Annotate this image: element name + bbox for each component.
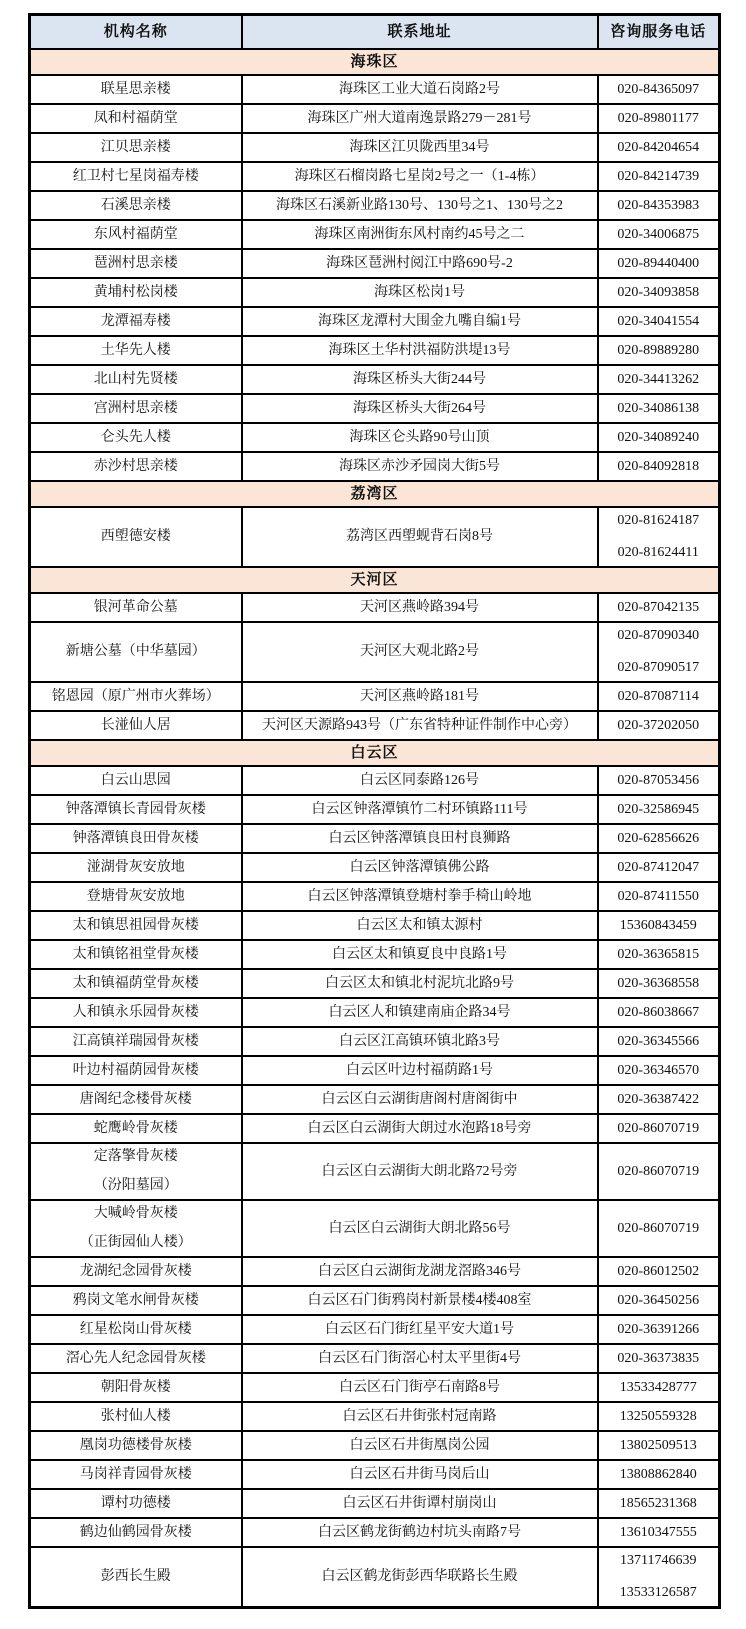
institution-name: 江贝思亲楼: [35, 138, 237, 158]
table-row: 朝阳骨灰楼白云区石门街亭石南路8号13533428777: [30, 1373, 720, 1402]
institution-name-cell: 唐阁纪念楼骨灰楼: [30, 1085, 242, 1114]
table-row: 谭村功德楼白云区石井街谭村崩岗山18565231368: [30, 1489, 720, 1518]
institution-name-cell: 鸦岗文笔水闸骨灰楼: [30, 1286, 242, 1315]
institution-name: 湴湖骨灰安放地: [35, 858, 237, 878]
table-row: 湴湖骨灰安放地白云区钟落潭镇佛公路020-87412047: [30, 853, 720, 882]
institution-address: 白云区叶边村福荫路1号: [242, 1056, 598, 1085]
institution-name-cell: 滘心先人纪念园骨灰楼: [30, 1344, 242, 1373]
institution-phone-cell: 020-34413262: [598, 365, 720, 394]
institution-address: 白云区钟落潭镇佛公路: [242, 853, 598, 882]
institution-phone-cell: 020-34041554: [598, 307, 720, 336]
institution-phone-cell: 020-36373835: [598, 1344, 720, 1373]
institution-address: 天河区大观北路2号: [242, 622, 598, 682]
institution-address: 白云区钟落潭镇良田村良狮路: [242, 824, 598, 853]
institution-name: 凤和村福荫堂: [35, 109, 237, 129]
table-row: 北山村先贤楼海珠区桥头大街244号020-34413262: [30, 365, 720, 394]
table-row: 江高镇祥瑞园骨灰楼白云区江高镇环镇北路3号020-36345566: [30, 1027, 720, 1056]
institution-name: 长湴仙人居: [35, 716, 237, 736]
institution-name: 东风村福荫堂: [35, 225, 237, 245]
institution-phone-cell: 020-34089240: [598, 423, 720, 452]
table-row: 铭恩园（原广州市火葬场）天河区燕岭路181号020-87087114: [30, 682, 720, 711]
institution-name-cell: 太和镇福荫堂骨灰楼: [30, 969, 242, 998]
institution-phone-cell: 020-86070719: [598, 1200, 720, 1257]
institution-address: 海珠区桥头大街264号: [242, 394, 598, 423]
institution-name: 钟落潭镇良田骨灰楼: [35, 829, 237, 849]
section-row: 荔湾区: [30, 481, 720, 507]
table-row: 太和镇福荫堂骨灰楼白云区太和镇北村泥坑北路9号020-36368558: [30, 969, 720, 998]
table-row: 东风村福荫堂海珠区南洲街东风村南约45号之二020-34006875: [30, 220, 720, 249]
institution-phone-cell: 020-84204654: [598, 133, 720, 162]
institution-name-cell: 江贝思亲楼: [30, 133, 242, 162]
institution-name: 太和镇铭祖堂骨灰楼: [35, 945, 237, 965]
institution-address: 天河区天源路943号（广东省特种证件制作中心旁）: [242, 711, 598, 740]
institution-name: 张村仙人楼: [35, 1407, 237, 1427]
institution-phone-cell: 020-86038667: [598, 998, 720, 1027]
institution-name-cell: 龙湖纪念园骨灰楼: [30, 1257, 242, 1286]
institution-phone-cell: 13250559328: [598, 1402, 720, 1431]
institution-name-cell: 土华先人楼: [30, 336, 242, 365]
institution-name: （正街园仙人楼）: [35, 1233, 237, 1253]
institution-phone-cell: 020-86070719: [598, 1143, 720, 1200]
institution-phone-cell: 020-87411550: [598, 882, 720, 911]
institution-name: 彭西长生殿: [35, 1567, 237, 1587]
page: 机构名称 联系地址 咨询服务电话 海珠区联星思亲楼海珠区工业大道石岗路2号020…: [0, 0, 746, 1629]
institution-address: 海珠区工业大道石岗路2号: [242, 75, 598, 104]
institution-name: 黄埔村松岗楼: [35, 283, 237, 303]
institution-name-cell: 大喊岭骨灰楼（正街园仙人楼）: [30, 1200, 242, 1257]
phone-number: 13808862840: [603, 1465, 715, 1485]
institution-address: 海珠区江贝陇西里34号: [242, 133, 598, 162]
column-header-institution-name: 机构名称: [30, 15, 242, 50]
institution-name: 太和镇福荫堂骨灰楼: [35, 974, 237, 994]
table-row: 太和镇铭祖堂骨灰楼白云区太和镇夏良中良路1号020-36365815: [30, 940, 720, 969]
institution-phone-cell: 020-87042135: [598, 593, 720, 622]
table-row: 赤沙村思亲楼海珠区赤沙矛园岗大街5号020-84092818: [30, 452, 720, 481]
institution-address: 白云区白云湖街大朗北路72号旁: [242, 1143, 598, 1200]
phone-number: 020-36373835: [603, 1349, 715, 1369]
institution-name: 朝阳骨灰楼: [35, 1378, 237, 1398]
phone-number: 020-89889280: [603, 341, 715, 361]
institution-name-cell: 宫洲村思亲楼: [30, 394, 242, 423]
institution-name-cell: 琶洲村思亲楼: [30, 249, 242, 278]
institution-name: 琶洲村思亲楼: [35, 254, 237, 274]
institution-address: 海珠区龙潭村大围金九嘴自编1号: [242, 307, 598, 336]
table-row: 登塘骨灰安放地白云区钟落潭镇登塘村拳手椅山岭地020-87411550: [30, 882, 720, 911]
institution-phone-cell: 020-81624187020-81624411: [598, 507, 720, 567]
institution-address: 白云区石井街凰岗公园: [242, 1431, 598, 1460]
institution-name-cell: 谭村功德楼: [30, 1489, 242, 1518]
institution-name-cell: 石溪思亲楼: [30, 191, 242, 220]
header-row: 机构名称 联系地址 咨询服务电话: [30, 15, 720, 50]
institution-address: 海珠区仑头路90号山顶: [242, 423, 598, 452]
phone-number: 020-36387422: [603, 1090, 715, 1110]
institution-phone-cell: 020-36387422: [598, 1085, 720, 1114]
institution-name-cell: 铭恩园（原广州市火葬场）: [30, 682, 242, 711]
phone-number: 020-34041554: [603, 312, 715, 332]
phone-number: 13711746639: [603, 1551, 715, 1571]
institution-name: 鹤边仙鹤园骨灰楼: [35, 1523, 237, 1543]
institution-address: 海珠区桥头大街244号: [242, 365, 598, 394]
institution-name-cell: 彭西长生殿: [30, 1547, 242, 1608]
institution-address: 白云区白云湖街唐阁村唐阁街中: [242, 1085, 598, 1114]
table-row: 太和镇思祖园骨灰楼白云区太和镇太源村15360843459: [30, 911, 720, 940]
table-row: 钟落潭镇长青园骨灰楼白云区钟落潭镇竹二村环镇路111号020-32586945: [30, 795, 720, 824]
institution-address: 白云区钟落潭镇竹二村环镇路111号: [242, 795, 598, 824]
table-row: 马岗祥青园骨灰楼白云区石井街马岗后山13808862840: [30, 1460, 720, 1489]
institution-phone-cell: 020-89440400: [598, 249, 720, 278]
section-row: 天河区: [30, 567, 720, 593]
institution-name-cell: 马岗祥青园骨灰楼: [30, 1460, 242, 1489]
institution-name: （汾阳墓园）: [35, 1176, 237, 1196]
institution-address: 海珠区石榴岗路七星岗2号之一（1-4栋）: [242, 162, 598, 191]
table-row: 白云山思园白云区同泰路126号020-87053456: [30, 766, 720, 795]
institution-name: 定落擎骨灰楼: [35, 1147, 237, 1167]
institution-name-cell: 湴湖骨灰安放地: [30, 853, 242, 882]
institution-phone-cell: 18565231368: [598, 1489, 720, 1518]
institution-phone-cell: 020-36345566: [598, 1027, 720, 1056]
institution-phone-cell: 020-36346570: [598, 1056, 720, 1085]
institution-address: 白云区鹤龙街鹤边村坑头南路7号: [242, 1518, 598, 1547]
table-row: 鸦岗文笔水闸骨灰楼白云区石门街鸦岗村新景楼4楼408室020-36450256: [30, 1286, 720, 1315]
phone-number: 13610347555: [603, 1523, 715, 1543]
institution-address: 白云区太和镇北村泥坑北路9号: [242, 969, 598, 998]
institution-name-cell: 凰岗功德楼骨灰楼: [30, 1431, 242, 1460]
table-row: 定落擎骨灰楼（汾阳墓园）白云区白云湖街大朗北路72号旁020-86070719: [30, 1143, 720, 1200]
phone-number: 020-87090517: [603, 658, 715, 678]
institution-name: 赤沙村思亲楼: [35, 457, 237, 477]
institution-address: 白云区鹤龙街彭西华联路长生殿: [242, 1547, 598, 1608]
institution-name-cell: 北山村先贤楼: [30, 365, 242, 394]
institution-address: 天河区燕岭路181号: [242, 682, 598, 711]
table-row: 凰岗功德楼骨灰楼白云区石井街凰岗公园13802509513: [30, 1431, 720, 1460]
institution-address: 海珠区广州大道南逸景路279－281号: [242, 104, 598, 133]
institution-name: 谭村功德楼: [35, 1494, 237, 1514]
institution-phone-cell: 020-84353983: [598, 191, 720, 220]
institution-name-cell: 长湴仙人居: [30, 711, 242, 740]
phone-number: 020-84204654: [603, 138, 715, 158]
institution-phone-cell: 020-36365815: [598, 940, 720, 969]
institution-name-cell: 西塱德安楼: [30, 507, 242, 567]
institution-address: 白云区白云湖街大朗过水泡路18号旁: [242, 1114, 598, 1143]
phone-number: 13533428777: [603, 1378, 715, 1398]
phone-number: 020-87053456: [603, 771, 715, 791]
institution-phone-cell: 13802509513: [598, 1431, 720, 1460]
phone-number: 020-86070719: [603, 1162, 715, 1182]
institution-name-cell: 红卫村七星岗福寿楼: [30, 162, 242, 191]
institution-phone-cell: 020-84365097: [598, 75, 720, 104]
institution-name: 人和镇永乐园骨灰楼: [35, 1003, 237, 1023]
institution-name-cell: 白云山思园: [30, 766, 242, 795]
institution-address: 白云区石井街马岗后山: [242, 1460, 598, 1489]
table-row: 鹤边仙鹤园骨灰楼白云区鹤龙街鹤边村坑头南路7号13610347555: [30, 1518, 720, 1547]
institution-name: 土华先人楼: [35, 341, 237, 361]
table-row: 人和镇永乐园骨灰楼白云区人和镇建南庙企路34号020-86038667: [30, 998, 720, 1027]
institution-phone-cell: 020-34006875: [598, 220, 720, 249]
institution-name: 北山村先贤楼: [35, 370, 237, 390]
phone-number: 020-89801177: [603, 109, 715, 129]
section-title: 海珠区: [30, 49, 720, 75]
phone-number: 020-34093858: [603, 283, 715, 303]
institution-name-cell: 人和镇永乐园骨灰楼: [30, 998, 242, 1027]
phone-number: 13533126587: [603, 1583, 715, 1603]
table-row: 大喊岭骨灰楼（正街园仙人楼）白云区白云湖街大朗北路56号020-86070719: [30, 1200, 720, 1257]
phone-number: 020-87090340: [603, 626, 715, 646]
institution-address: 白云区石门街滘心村太平里街4号: [242, 1344, 598, 1373]
institution-address: 白云区江高镇环镇北路3号: [242, 1027, 598, 1056]
institution-phone-cell: 020-87412047: [598, 853, 720, 882]
institution-name-cell: 登塘骨灰安放地: [30, 882, 242, 911]
phone-number: 020-87411550: [603, 887, 715, 907]
table-row: 红星松岗山骨灰楼白云区石门街红星平安大道1号020-36391266: [30, 1315, 720, 1344]
institution-phone-cell: 020-86012502: [598, 1257, 720, 1286]
table-row: 长湴仙人居天河区天源路943号（广东省特种证件制作中心旁）020-3720205…: [30, 711, 720, 740]
institution-name-cell: 蛇鹰岭骨灰楼: [30, 1114, 242, 1143]
institution-name-cell: 钟落潭镇长青园骨灰楼: [30, 795, 242, 824]
phone-number: 020-37202050: [603, 716, 715, 736]
institution-phone-cell: 020-36391266: [598, 1315, 720, 1344]
institution-name: 红星松岗山骨灰楼: [35, 1320, 237, 1340]
table-row: 仑头先人楼海珠区仑头路90号山顶020-34089240: [30, 423, 720, 452]
table-row: 联星思亲楼海珠区工业大道石岗路2号020-84365097: [30, 75, 720, 104]
table-row: 宫洲村思亲楼海珠区桥头大街264号020-34086138: [30, 394, 720, 423]
institution-phone-cell: 020-87090340020-87090517: [598, 622, 720, 682]
phone-number: 020-81624411: [603, 543, 715, 563]
phone-number: 18565231368: [603, 1494, 715, 1514]
institution-name: 银河革命公墓: [35, 598, 237, 618]
phone-number: 020-36391266: [603, 1320, 715, 1340]
institution-address: 白云区石门街亭石南路8号: [242, 1373, 598, 1402]
phone-number: 020-34089240: [603, 428, 715, 448]
phone-number: 020-86070719: [603, 1119, 715, 1139]
institution-name-cell: 江高镇祥瑞园骨灰楼: [30, 1027, 242, 1056]
phone-number: 020-86038667: [603, 1003, 715, 1023]
institution-address: 白云区人和镇建南庙企路34号: [242, 998, 598, 1027]
phone-number: 020-34006875: [603, 225, 715, 245]
institution-name: 唐阁纪念楼骨灰楼: [35, 1090, 237, 1110]
table-row: 张村仙人楼白云区石井街张村冠南路13250559328: [30, 1402, 720, 1431]
phone-number: 020-34086138: [603, 399, 715, 419]
institution-name-cell: 赤沙村思亲楼: [30, 452, 242, 481]
institution-name: 大喊岭骨灰楼: [35, 1204, 237, 1224]
institution-name: 登塘骨灰安放地: [35, 887, 237, 907]
phone-number: 020-36368558: [603, 974, 715, 994]
table-row: 江贝思亲楼海珠区江贝陇西里34号020-84204654: [30, 133, 720, 162]
institution-phone-cell: 020-84214739: [598, 162, 720, 191]
institution-name: 白云山思园: [35, 771, 237, 791]
institution-address: 白云区太和镇夏良中良路1号: [242, 940, 598, 969]
institution-name: 钟落潭镇长青园骨灰楼: [35, 800, 237, 820]
phone-number: 020-86070719: [603, 1219, 715, 1239]
institution-address: 海珠区土华村洪福防洪堤13号: [242, 336, 598, 365]
section-row: 白云区: [30, 740, 720, 766]
institution-name-cell: 鹤边仙鹤园骨灰楼: [30, 1518, 242, 1547]
section-title: 天河区: [30, 567, 720, 593]
column-header-phone: 咨询服务电话: [598, 15, 720, 50]
institution-name-cell: 银河革命公墓: [30, 593, 242, 622]
table-body: 海珠区联星思亲楼海珠区工业大道石岗路2号020-84365097凤和村福荫堂海珠…: [30, 49, 720, 1608]
institution-name: 新塘公墓（中华墓园）: [35, 642, 237, 662]
column-header-address: 联系地址: [242, 15, 598, 50]
table-row: 黄埔村松岗楼海珠区松岗1号020-34093858: [30, 278, 720, 307]
institution-address: 白云区石井街谭村崩岗山: [242, 1489, 598, 1518]
institution-address: 白云区石井街张村冠南路: [242, 1402, 598, 1431]
institution-name-cell: 红星松岗山骨灰楼: [30, 1315, 242, 1344]
institution-phone-cell: 15360843459: [598, 911, 720, 940]
institution-name-cell: 联星思亲楼: [30, 75, 242, 104]
phone-number: 020-36450256: [603, 1291, 715, 1311]
institution-address: 海珠区南洲街东风村南约45号之二: [242, 220, 598, 249]
institution-phone-cell: 13533428777: [598, 1373, 720, 1402]
phone-number: 020-84353983: [603, 196, 715, 216]
institution-name: 宫洲村思亲楼: [35, 399, 237, 419]
table-row: 钟落潭镇良田骨灰楼白云区钟落潭镇良田村良狮路020-62856626: [30, 824, 720, 853]
table-row: 蛇鹰岭骨灰楼白云区白云湖街大朗过水泡路18号旁020-86070719: [30, 1114, 720, 1143]
phone-number: 020-81624187: [603, 511, 715, 531]
table-row: 琶洲村思亲楼海珠区琶洲村阅江中路690号-2020-89440400: [30, 249, 720, 278]
institution-name: 滘心先人纪念园骨灰楼: [35, 1349, 237, 1369]
institution-address: 白云区太和镇太源村: [242, 911, 598, 940]
table-row: 叶边村福荫园骨灰楼白云区叶边村福荫路1号020-36346570: [30, 1056, 720, 1085]
institution-address: 海珠区赤沙矛园岗大街5号: [242, 452, 598, 481]
institution-name-cell: 钟落潭镇良田骨灰楼: [30, 824, 242, 853]
institutions-table: 机构名称 联系地址 咨询服务电话 海珠区联星思亲楼海珠区工业大道石岗路2号020…: [28, 13, 721, 1609]
institution-name: 西塱德安楼: [35, 527, 237, 547]
institution-name: 石溪思亲楼: [35, 196, 237, 216]
institution-address: 白云区石门街鸦岗村新景楼4楼408室: [242, 1286, 598, 1315]
phone-number: 020-62856626: [603, 829, 715, 849]
institution-phone-cell: 020-87087114: [598, 682, 720, 711]
table-row: 银河革命公墓天河区燕岭路394号020-87042135: [30, 593, 720, 622]
phone-number: 020-34413262: [603, 370, 715, 390]
phone-number: 020-87087114: [603, 687, 715, 707]
phone-number: 020-32586945: [603, 800, 715, 820]
institution-address: 白云区白云湖街龙湖龙滘路346号: [242, 1257, 598, 1286]
phone-number: 020-87412047: [603, 858, 715, 878]
section-title: 荔湾区: [30, 481, 720, 507]
institution-phone-cell: 020-89801177: [598, 104, 720, 133]
institution-name: 龙湖纪念园骨灰楼: [35, 1262, 237, 1282]
institution-name-cell: 朝阳骨灰楼: [30, 1373, 242, 1402]
phone-number: 020-84092818: [603, 457, 715, 477]
institution-phone-cell: 13808862840: [598, 1460, 720, 1489]
institution-address: 白云区石门街红星平安大道1号: [242, 1315, 598, 1344]
institution-name: 凰岗功德楼骨灰楼: [35, 1436, 237, 1456]
institution-address: 海珠区松岗1号: [242, 278, 598, 307]
table-row: 西塱德安楼荔湾区西塱蚬背石岗8号020-81624187020-81624411: [30, 507, 720, 567]
institution-address: 白云区钟落潭镇登塘村拳手椅山岭地: [242, 882, 598, 911]
institution-phone-cell: 020-86070719: [598, 1114, 720, 1143]
institution-name-cell: 龙潭福寿楼: [30, 307, 242, 336]
institution-phone-cell: 13610347555: [598, 1518, 720, 1547]
table-row: 石溪思亲楼海珠区石溪新业路130号、130号之1、130号之2020-84353…: [30, 191, 720, 220]
phone-number: 15360843459: [603, 916, 715, 936]
institution-name: 龙潭福寿楼: [35, 312, 237, 332]
institution-name: 江高镇祥瑞园骨灰楼: [35, 1032, 237, 1052]
institution-phone-cell: 020-34086138: [598, 394, 720, 423]
table-row: 滘心先人纪念园骨灰楼白云区石门街滘心村太平里街4号020-36373835: [30, 1344, 720, 1373]
institution-phone-cell: 020-36450256: [598, 1286, 720, 1315]
institution-address: 海珠区琶洲村阅江中路690号-2: [242, 249, 598, 278]
table-row: 唐阁纪念楼骨灰楼白云区白云湖街唐阁村唐阁街中020-36387422: [30, 1085, 720, 1114]
institution-address: 天河区燕岭路394号: [242, 593, 598, 622]
institution-name-cell: 新塘公墓（中华墓园）: [30, 622, 242, 682]
institution-phone-cell: 020-34093858: [598, 278, 720, 307]
institution-name: 马岗祥青园骨灰楼: [35, 1465, 237, 1485]
institution-phone-cell: 020-89889280: [598, 336, 720, 365]
table-row: 土华先人楼海珠区土华村洪福防洪堤13号020-89889280: [30, 336, 720, 365]
phone-number: 020-87042135: [603, 598, 715, 618]
institution-name-cell: 仑头先人楼: [30, 423, 242, 452]
institution-name: 太和镇思祖园骨灰楼: [35, 916, 237, 936]
institution-phone-cell: 020-84092818: [598, 452, 720, 481]
institution-address: 荔湾区西塱蚬背石岗8号: [242, 507, 598, 567]
institution-name-cell: 叶边村福荫园骨灰楼: [30, 1056, 242, 1085]
section-title: 白云区: [30, 740, 720, 766]
institution-name: 红卫村七星岗福寿楼: [35, 167, 237, 187]
phone-number: 020-84365097: [603, 80, 715, 100]
phone-number: 020-86012502: [603, 1262, 715, 1282]
institution-address: 白云区同泰路126号: [242, 766, 598, 795]
section-row: 海珠区: [30, 49, 720, 75]
institution-name-cell: 凤和村福荫堂: [30, 104, 242, 133]
table-row: 凤和村福荫堂海珠区广州大道南逸景路279－281号020-89801177: [30, 104, 720, 133]
phone-number: 020-36346570: [603, 1061, 715, 1081]
institution-name: 联星思亲楼: [35, 80, 237, 100]
phone-number: 020-89440400: [603, 254, 715, 274]
phone-number: 020-36345566: [603, 1032, 715, 1052]
institution-name-cell: 定落擎骨灰楼（汾阳墓园）: [30, 1143, 242, 1200]
institution-phone-cell: 020-37202050: [598, 711, 720, 740]
institution-name-cell: 东风村福荫堂: [30, 220, 242, 249]
institution-name: 铭恩园（原广州市火葬场）: [35, 687, 237, 707]
institution-name: 叶边村福荫园骨灰楼: [35, 1061, 237, 1081]
institution-name: 蛇鹰岭骨灰楼: [35, 1119, 237, 1139]
institution-phone-cell: 020-36368558: [598, 969, 720, 998]
phone-number: 13802509513: [603, 1436, 715, 1456]
phone-number: 020-36365815: [603, 945, 715, 965]
table-row: 龙潭福寿楼海珠区龙潭村大围金九嘴自编1号020-34041554: [30, 307, 720, 336]
phone-number: 020-84214739: [603, 167, 715, 187]
institution-phone-cell: 020-87053456: [598, 766, 720, 795]
institution-address: 白云区白云湖街大朗北路56号: [242, 1200, 598, 1257]
institution-name-cell: 太和镇铭祖堂骨灰楼: [30, 940, 242, 969]
institution-phone-cell: 020-62856626: [598, 824, 720, 853]
institution-phone-cell: 020-32586945: [598, 795, 720, 824]
institution-phone-cell: 1371174663913533126587: [598, 1547, 720, 1608]
table-row: 红卫村七星岗福寿楼海珠区石榴岗路七星岗2号之一（1-4栋）020-8421473…: [30, 162, 720, 191]
institution-name: 鸦岗文笔水闸骨灰楼: [35, 1291, 237, 1311]
institution-name-cell: 太和镇思祖园骨灰楼: [30, 911, 242, 940]
institution-name: 仑头先人楼: [35, 428, 237, 448]
table-row: 龙湖纪念园骨灰楼白云区白云湖街龙湖龙滘路346号020-86012502: [30, 1257, 720, 1286]
phone-number: 13250559328: [603, 1407, 715, 1427]
institution-address: 海珠区石溪新业路130号、130号之1、130号之2: [242, 191, 598, 220]
institution-name-cell: 黄埔村松岗楼: [30, 278, 242, 307]
institution-name-cell: 张村仙人楼: [30, 1402, 242, 1431]
table-row: 彭西长生殿白云区鹤龙街彭西华联路长生殿137117466391353312658…: [30, 1547, 720, 1608]
table-row: 新塘公墓（中华墓园）天河区大观北路2号020-87090340020-87090…: [30, 622, 720, 682]
